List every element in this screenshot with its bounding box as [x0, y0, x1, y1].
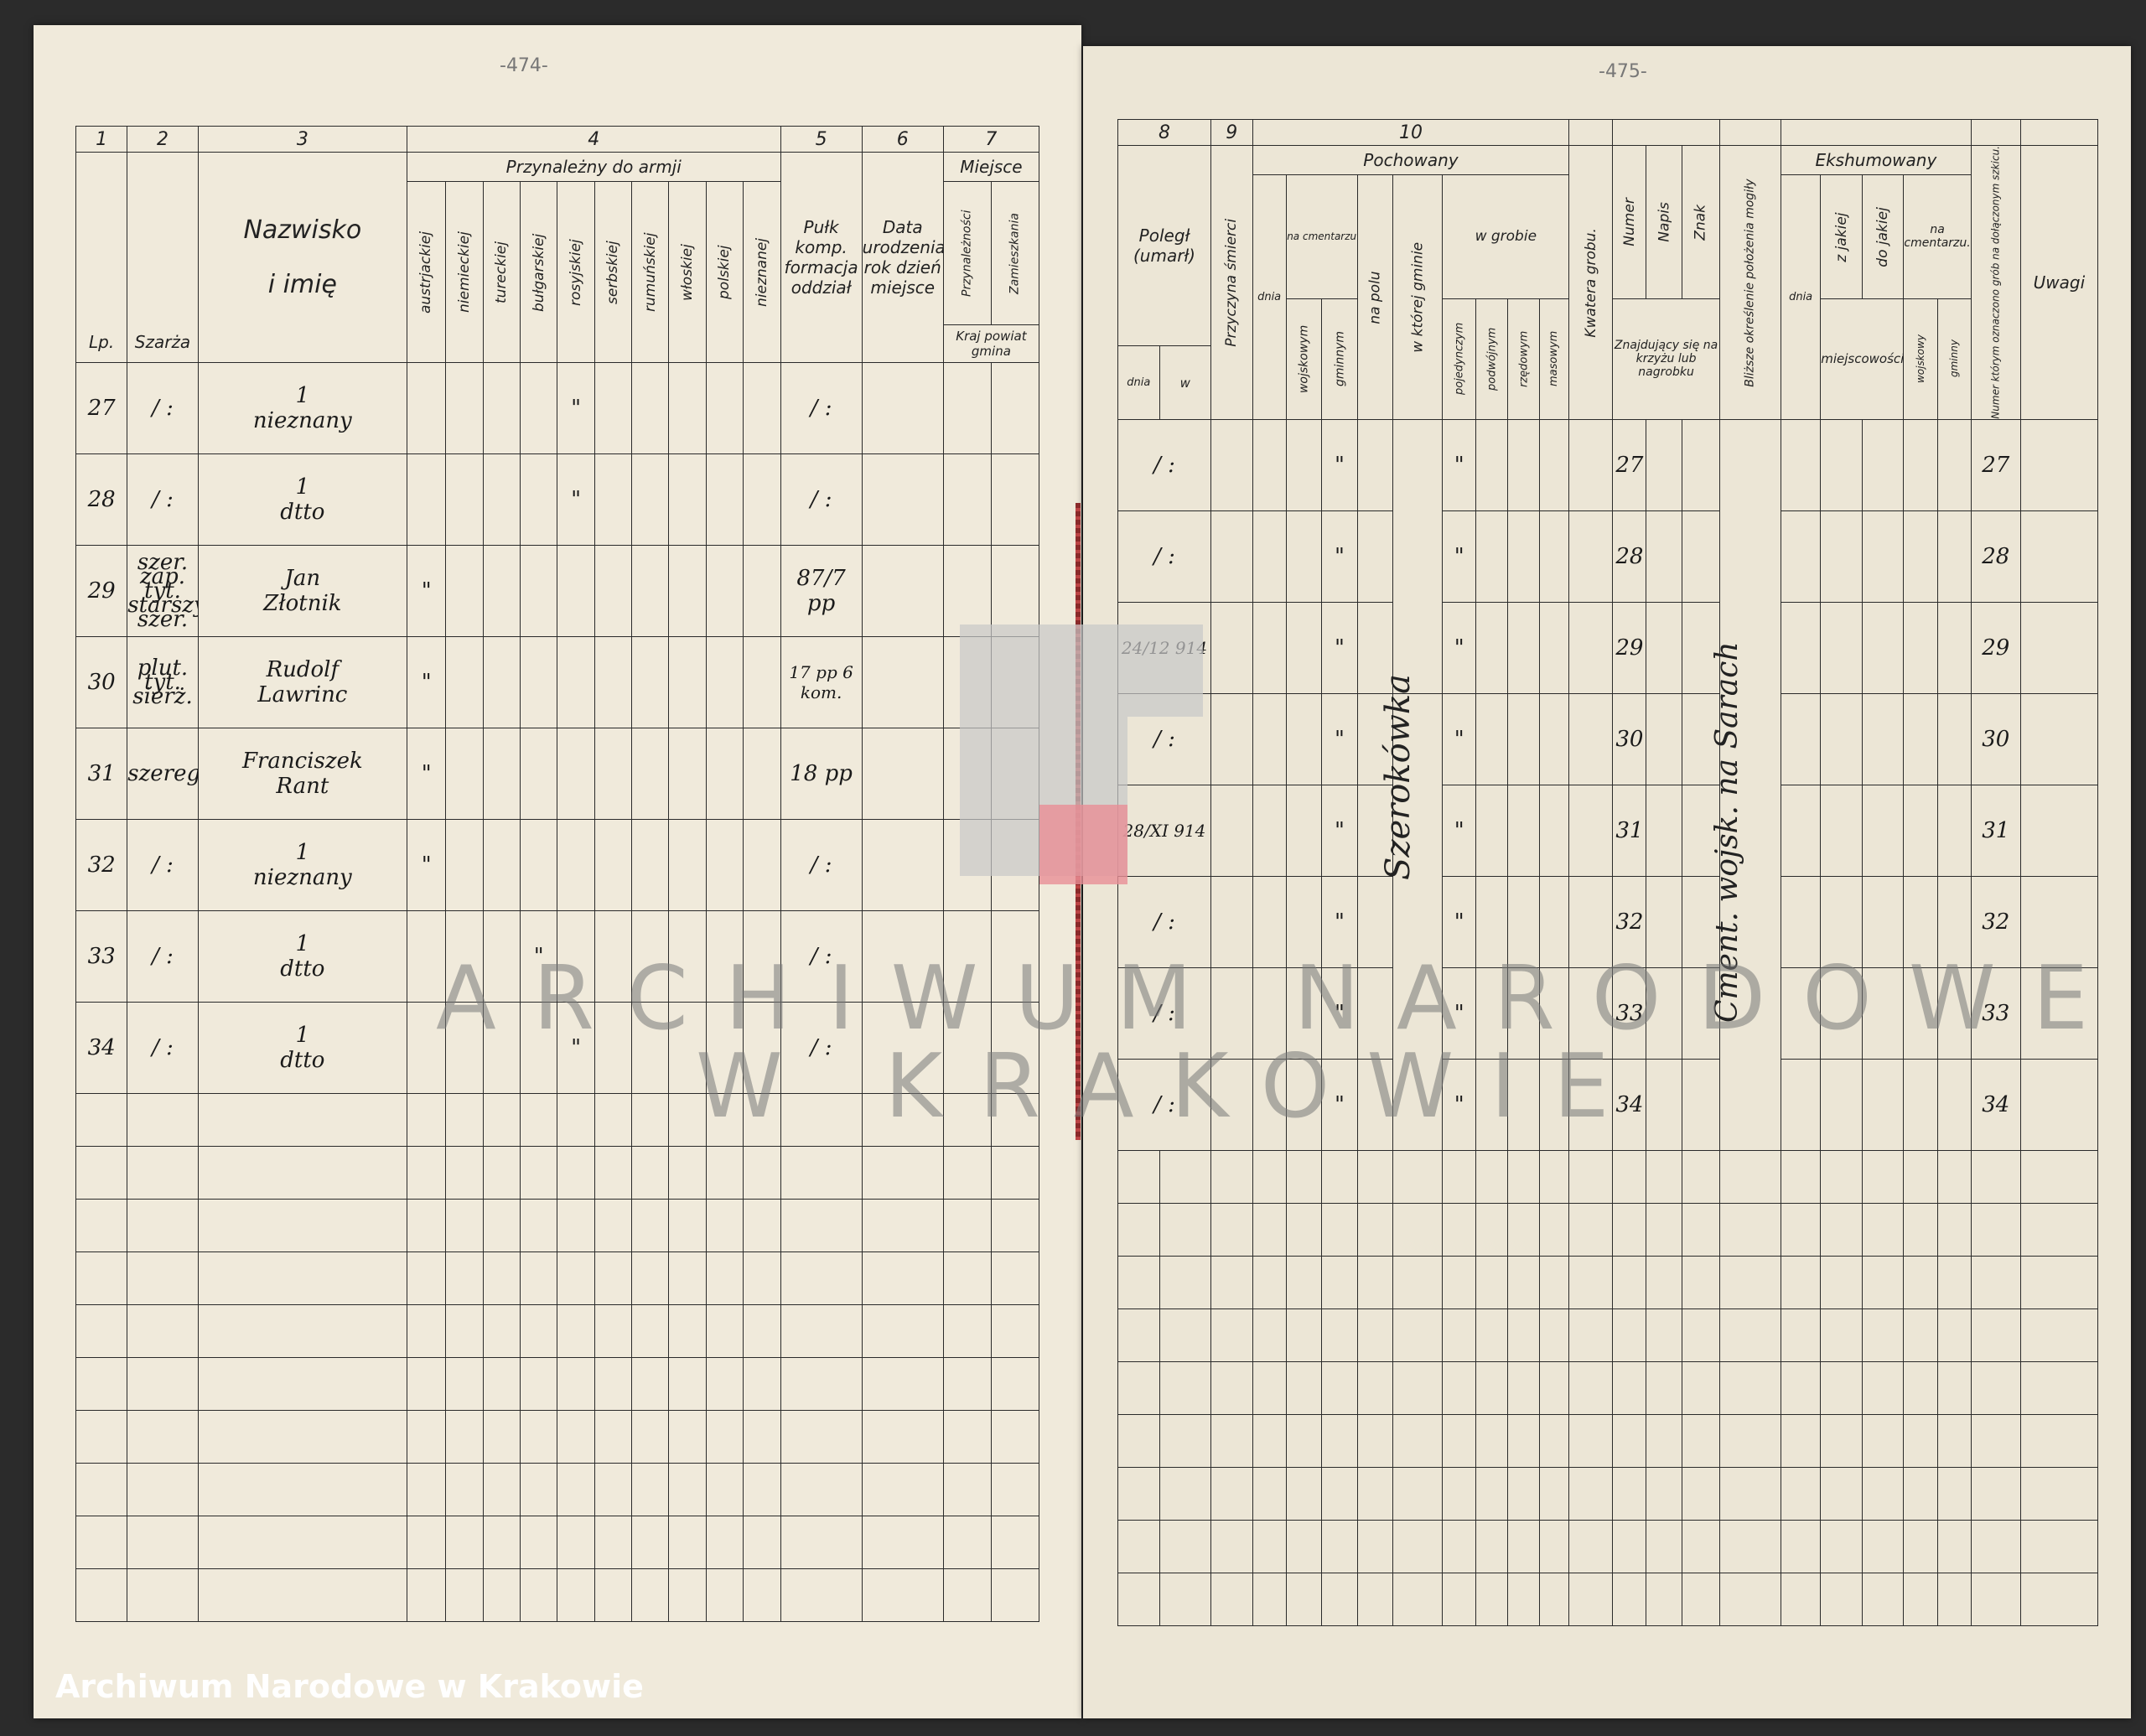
row-lp: 34 — [76, 1003, 127, 1094]
header-quarter: Kwatera grobu. — [1569, 146, 1613, 420]
header-rank: Szarża — [127, 153, 198, 363]
row-army-mark: " — [557, 363, 594, 454]
row-sketch-number: 34 — [1971, 1059, 2020, 1150]
row-rank: / : — [127, 911, 198, 1003]
row-lp: 29 — [76, 546, 127, 637]
row-burial-mark: " — [1322, 419, 1358, 510]
header-exhumed-communal: gminny — [1937, 298, 1971, 419]
table-row: 28/XI 914""3131 — [1118, 785, 2098, 876]
row-regiment: 87/7 pp — [780, 546, 862, 637]
header-exhumed-locality: miejscowości — [1821, 298, 1904, 419]
header-cemetery-military: wojskowym — [1286, 298, 1322, 419]
header-cross-sign: Znak — [1682, 146, 1719, 299]
empty-row — [1118, 1520, 2098, 1573]
empty-row — [76, 1305, 1039, 1358]
col-number: 8 — [1118, 120, 1211, 146]
row-burial-mark: " — [1322, 602, 1358, 693]
col-number: 6 — [862, 127, 943, 153]
watermark-line1: ARCHIWUM NARODOWE — [436, 947, 2125, 1049]
header-army-russian: rosyjskiej — [557, 182, 594, 363]
row-name: 1nieznany — [198, 363, 407, 454]
row-regiment: 17 pp 6 kom. — [780, 637, 862, 728]
left-page-number: -474- — [500, 55, 548, 76]
header-army-german: niemieckiej — [446, 182, 483, 363]
header-place-residence: Zamieszkania — [991, 182, 1039, 325]
row-grave-mark: " — [1443, 419, 1476, 510]
header-fallen-in: w — [1159, 346, 1210, 419]
row-fallen: / : — [1118, 510, 1211, 602]
header-in-field: na polu — [1357, 175, 1393, 420]
header-army-austrian: austrjackiej — [407, 182, 445, 363]
row-fallen: 28/XI 914 — [1118, 785, 1211, 876]
row-regiment: / : — [780, 363, 862, 454]
header-cemetery-group: na cmentarzu — [1286, 175, 1357, 299]
row-grave-mark: " — [1443, 602, 1476, 693]
row-lp: 32 — [76, 820, 127, 911]
col-number: 1 — [76, 127, 127, 153]
empty-row — [76, 1411, 1039, 1464]
header-grave-mass: masowym — [1539, 298, 1568, 419]
row-sketch-number: 30 — [1971, 693, 2020, 785]
row-army-mark: " — [407, 546, 445, 637]
table-row: 27/ : 1nieznany " / : — [76, 363, 1039, 454]
row-lp: 31 — [76, 728, 127, 820]
header-exhumed-cemetery: na cmentarzu. — [1904, 175, 1971, 299]
row-rank: / : — [127, 1003, 198, 1094]
table-row: / :""3030 — [1118, 693, 2098, 785]
col-number: 3 — [198, 127, 407, 153]
header-remarks: Uwagi — [2020, 146, 2097, 420]
row-name: JanZłotnik — [198, 546, 407, 637]
row-rank: szer. zap. tyt. starszy szer. — [127, 546, 198, 637]
table-row: 30plut. tyt. sierż. RudolfLawrinc " 17 p… — [76, 637, 1039, 728]
row-rank: plut. tyt. sierż. — [127, 637, 198, 728]
row-name: 1nieznany — [198, 820, 407, 911]
header-cross-footer: Znajdujący się na krzyżu lub nagrobku — [1613, 298, 1720, 419]
row-name: 1dtto — [198, 454, 407, 546]
header-army-unknown: nieznanej — [744, 182, 780, 363]
empty-row — [76, 1200, 1039, 1252]
row-grave-mark: " — [1443, 510, 1476, 602]
empty-row — [1118, 1150, 2098, 1203]
header-in-commune: w której gminie — [1393, 175, 1443, 420]
header-army-group: Przynależny do armji — [407, 153, 780, 182]
header-exhumed-day: dnia — [1781, 175, 1821, 420]
header-location-detail: Bliższe określenie położenia mogiły — [1719, 146, 1781, 420]
left-register-table: 1 2 3 4 5 6 7 Lp. Szarża Nazwisko i imię… — [75, 126, 1039, 1622]
empty-row — [76, 1252, 1039, 1305]
row-sketch-number: 27 — [1971, 419, 2020, 510]
empty-row — [76, 1464, 1039, 1516]
header-cross-number: Numer — [1613, 146, 1646, 299]
header-exhumed-from: z jakiej — [1821, 175, 1863, 299]
header-lp: Lp. — [76, 153, 127, 363]
header-buried-group: Pochowany — [1252, 146, 1569, 175]
empty-row — [1118, 1308, 2098, 1361]
header-cause: Przyczyna śmierci — [1210, 146, 1252, 420]
table-row: 32/ : 1nieznany " / : — [76, 820, 1039, 911]
header-buried-day: dnia — [1252, 175, 1286, 420]
row-lp: 28 — [76, 454, 127, 546]
table-row: 24/12 914""2929 — [1118, 602, 2098, 693]
header-place-footer: Kraj powiat gmina — [943, 325, 1039, 363]
empty-row — [1118, 1256, 2098, 1308]
row-name: FranciszekRant — [198, 728, 407, 820]
row-sketch-number: 31 — [1971, 785, 2020, 876]
header-name-line1: Nazwisko — [199, 215, 407, 245]
row-cross-number: 31 — [1613, 785, 1646, 876]
row-name: 1dtto — [198, 911, 407, 1003]
empty-row — [1118, 1573, 2098, 1625]
header-grave-double: podwójnym — [1476, 298, 1508, 419]
archive-logo-red — [1039, 805, 1127, 884]
row-rank: / : — [127, 454, 198, 546]
row-sketch-number: 29 — [1971, 602, 2020, 693]
header-cross-inscription: Napis — [1646, 146, 1682, 299]
row-burial-mark: " — [1322, 693, 1358, 785]
header-sketch-number: Numer którym oznaczono grób na dołączony… — [1971, 146, 2020, 420]
row-regiment: / : — [780, 820, 862, 911]
row-rank: / : — [127, 820, 198, 911]
col-number: 4 — [407, 127, 780, 153]
right-page-number: -475- — [1599, 61, 1647, 82]
row-lp: 30 — [76, 637, 127, 728]
header-exhumed-military: wojskowy — [1904, 298, 1937, 419]
row-cross-number: 28 — [1613, 510, 1646, 602]
row-rank: szereg. — [127, 728, 198, 820]
row-grave-mark: " — [1443, 693, 1476, 785]
row-lp: 27 — [76, 363, 127, 454]
header-army-bulgarian: bułgarskiej — [521, 182, 557, 363]
col-number: 7 — [943, 127, 1039, 153]
header-place-belonging: Przynależności — [943, 182, 991, 325]
empty-row — [1118, 1467, 2098, 1520]
empty-row — [76, 1147, 1039, 1200]
empty-row — [1118, 1203, 2098, 1256]
header-fallen-day: dnia — [1118, 346, 1160, 419]
table-row: 28/ : 1dtto " / : — [76, 454, 1039, 546]
row-regiment: / : — [780, 454, 862, 546]
row-lp: 33 — [76, 911, 127, 1003]
table-row: 31szereg. FranciszekRant " 18 pp — [76, 728, 1039, 820]
row-army-mark: " — [407, 820, 445, 911]
header-army-romanian: rumuńskiej — [632, 182, 669, 363]
row-name: 1dtto — [198, 1003, 407, 1094]
header-exhumed-to: do jakiej — [1862, 175, 1904, 299]
row-army-mark: " — [557, 454, 594, 546]
row-grave-mark: " — [1443, 785, 1476, 876]
header-regiment: Pułk komp. formacja oddział — [780, 153, 862, 363]
watermark-line2: W KRAKOWIE — [696, 1035, 1646, 1137]
header-place-group: Miejsce — [943, 153, 1039, 182]
row-fallen: / : — [1118, 419, 1211, 510]
header-army-serbian: serbskiej — [594, 182, 631, 363]
row-cross-number: 27 — [1613, 419, 1646, 510]
row-cross-number: 30 — [1613, 693, 1646, 785]
table-row: / :""2828 — [1118, 510, 2098, 602]
row-army-mark: " — [407, 637, 445, 728]
header-name: Nazwisko i imię — [198, 153, 407, 363]
empty-row — [76, 1358, 1039, 1411]
note-commune-szerokowka: Szerokówka — [1379, 495, 1418, 880]
header-exhumed-group: Ekshumowany — [1781, 146, 1972, 175]
header-army-turkish: tureckiej — [483, 182, 520, 363]
right-register-table: 8 9 10 Poległ (umarł) Przyczyna śmierci … — [1117, 119, 2098, 1626]
empty-row — [76, 1569, 1039, 1622]
header-name-line2: i imię — [199, 270, 407, 299]
empty-row — [1118, 1361, 2098, 1414]
col-number: 5 — [780, 127, 862, 153]
header-grave-group: w grobie — [1443, 175, 1569, 299]
empty-row — [76, 1516, 1039, 1569]
row-rank: / : — [127, 363, 198, 454]
row-regiment: 18 pp — [780, 728, 862, 820]
col-number: 2 — [127, 127, 198, 153]
archive-footer-label: Archiwum Narodowe w Krakowie — [55, 1668, 644, 1705]
row-name: RudolfLawrinc — [198, 637, 407, 728]
row-sketch-number: 28 — [1971, 510, 2020, 602]
row-burial-mark: " — [1322, 785, 1358, 876]
header-army-polish: polskiej — [706, 182, 743, 363]
row-cross-number: 29 — [1613, 602, 1646, 693]
empty-row — [1118, 1414, 2098, 1467]
table-row: / :""2727 — [1118, 419, 2098, 510]
header-cemetery-communal: gminnym — [1322, 298, 1358, 419]
col-number: 10 — [1252, 120, 1569, 146]
header-birth: Data urodzenia rok dzień miejsce — [862, 153, 943, 363]
row-burial-mark: " — [1322, 510, 1358, 602]
col-number: 9 — [1210, 120, 1252, 146]
header-army-italian: włoskiej — [669, 182, 706, 363]
header-grave-single: pojedynczym — [1443, 298, 1476, 419]
header-grave-row: rzędowym — [1508, 298, 1540, 419]
table-row: 29szer. zap. tyt. starszy szer. JanZłotn… — [76, 546, 1039, 637]
header-fallen: Poległ (umarł) — [1118, 146, 1211, 346]
archive-logo-grey-right — [1127, 624, 1203, 717]
row-army-mark: " — [407, 728, 445, 820]
